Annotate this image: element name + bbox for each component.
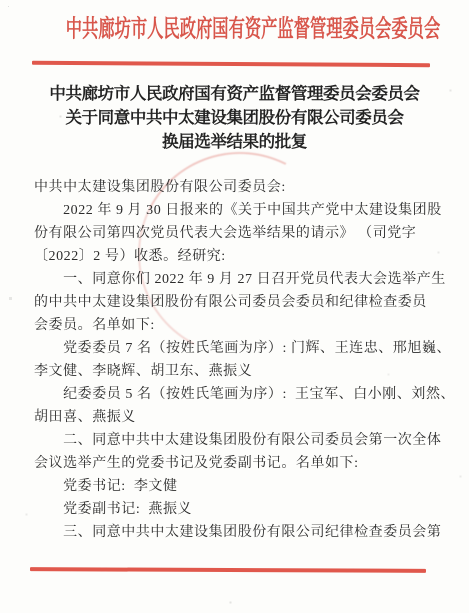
footer-rule	[30, 567, 426, 573]
document-page: 中共廊坊市人民政府国有资产监督管理委员会委员会 中共廊坊市人民政府国有资产监督管…	[0, 0, 469, 613]
body-line: 份有限公司第四次党员代表大会选举结果的请示》 （司党字	[34, 222, 444, 245]
body-line-discipline-committee-members: 纪委委员 5 名（按姓氏笔画为序）: 王宝军、白小刚、刘然、	[34, 383, 444, 406]
body-line-salutation: 中共中太建设集团股份有限公司委员会:	[34, 176, 444, 199]
body-line-item-1: 一、同意你们 2022 年 9 月 27 日召开党员代表大会选举产生	[34, 268, 444, 291]
body-line-party-committee-members: 党委委员 7 名（按姓氏笔画为序）: 门辉、王连忠、邢旭巍、	[34, 337, 444, 360]
document-body: 中共中太建设集团股份有限公司委员会: 2022 年 9 月 30 日报来的《关于…	[34, 176, 444, 544]
body-line-item-3: 三、同意中共中太建设集团股份有限公司纪律检查委员会第	[34, 521, 444, 544]
body-line: 〔2022〕2 号）收悉。经研究:	[34, 245, 444, 268]
body-line: 胡田喜、燕振义	[34, 406, 444, 429]
body-line-secretary: 党委书记: 李文健	[34, 475, 444, 498]
body-line: 2022 年 9 月 30 日报来的《关于中国共产党中太建设集团股	[34, 199, 444, 222]
letterhead-org-name: 中共廊坊市人民政府国有资产监督管理委员会委员会	[66, 11, 440, 44]
body-line: 李文健、李晓辉、胡卫东、燕振义	[34, 360, 444, 383]
body-line-item-2: 二、同意中共中太建设集团股份有限公司委员会第一次全体	[34, 429, 444, 452]
title-line-3: 换届选举结果的批复	[0, 130, 469, 154]
scan-noise-speckles	[8, 6, 9, 7]
body-line: 的中共中太建设集团股份有限公司委员会委员和纪律检查委员	[34, 291, 444, 314]
letterhead-rule	[32, 61, 430, 67]
body-line-deputy-secretary: 党委副书记: 燕振义	[34, 498, 444, 521]
letterhead: 中共廊坊市人民政府国有资产监督管理委员会委员会	[0, 12, 469, 43]
body-line: 会议选举产生的党委书记及党委副书记。名单如下:	[34, 452, 444, 475]
body-line: 会委员。名单如下:	[34, 314, 444, 337]
title-line-1: 中共廊坊市人民政府国有资产监督管理委员会委员会	[0, 82, 469, 106]
title-line-2: 关于同意中共中太建设集团股份有限公司委员会	[0, 106, 469, 130]
document-title: 中共廊坊市人民政府国有资产监督管理委员会委员会 关于同意中共中太建设集团股份有限…	[0, 82, 469, 154]
